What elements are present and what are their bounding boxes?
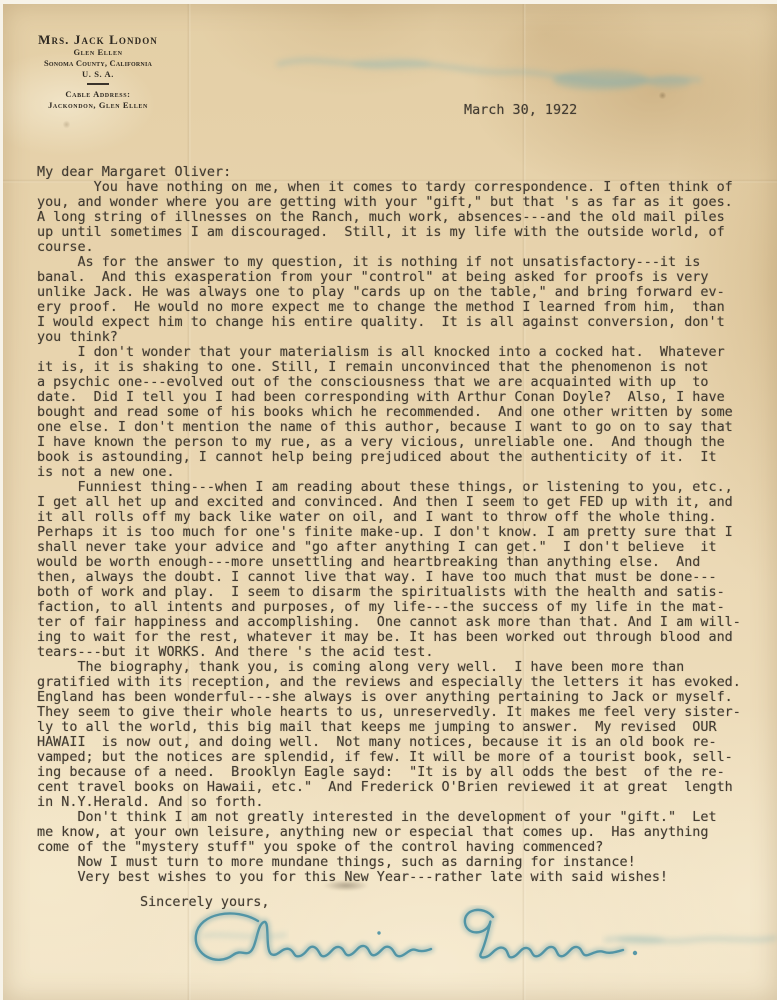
letterhead-name: Mrs. Jack London [27, 32, 169, 47]
paper-speck [658, 92, 667, 99]
letterhead: Mrs. Jack London Glen Ellen Sonoma Count… [27, 32, 169, 111]
paper-speck [63, 120, 70, 129]
body-paragraph-1: You have nothing on me, when it comes to… [37, 180, 777, 255]
body-paragraph-3: I don't wonder that your materialism is … [37, 345, 777, 480]
date-line: March 30, 1922 [464, 103, 577, 118]
letterhead-divider [87, 83, 109, 85]
body-paragraph-5: The biography, thank you, is coming alon… [37, 660, 777, 810]
body-paragraph-6: Don't think I am not greatly interested … [37, 810, 777, 855]
cable-address-value: Jackondon, Glen Ellen [27, 100, 169, 111]
ink-blot [323, 880, 369, 891]
body-paragraph-7: Now I must turn to more mundane things, … [37, 855, 777, 870]
letterhead-town: Glen Ellen [27, 47, 169, 58]
signature-charmian-london [183, 905, 663, 980]
letterhead-country: U. S. A. [27, 69, 169, 80]
salutation: My dear Margaret Oliver: [37, 165, 777, 180]
faded-ink-smudge-left [199, 924, 289, 948]
letter-paper: Mrs. Jack London Glen Ellen Sonoma Count… [3, 4, 777, 1000]
body-paragraph-2: As for the answer to my question, it is … [37, 255, 777, 345]
faded-ink-smudge-bottom [601, 926, 777, 958]
cable-address-label: Cable Address: [27, 89, 169, 100]
letterhead-county: Sonoma County, California [27, 58, 169, 69]
faded-ink-smudge-top [271, 44, 721, 104]
body-paragraph-8: Very best wishes to you for this New Yea… [37, 870, 777, 885]
body-paragraph-4: Funniest thing---when I am reading about… [37, 480, 777, 660]
closing-line: Sincerely yours, [37, 895, 777, 910]
scanned-letter-page: { "letterhead": { "name": "Mrs. Jack Lon… [0, 0, 777, 1000]
